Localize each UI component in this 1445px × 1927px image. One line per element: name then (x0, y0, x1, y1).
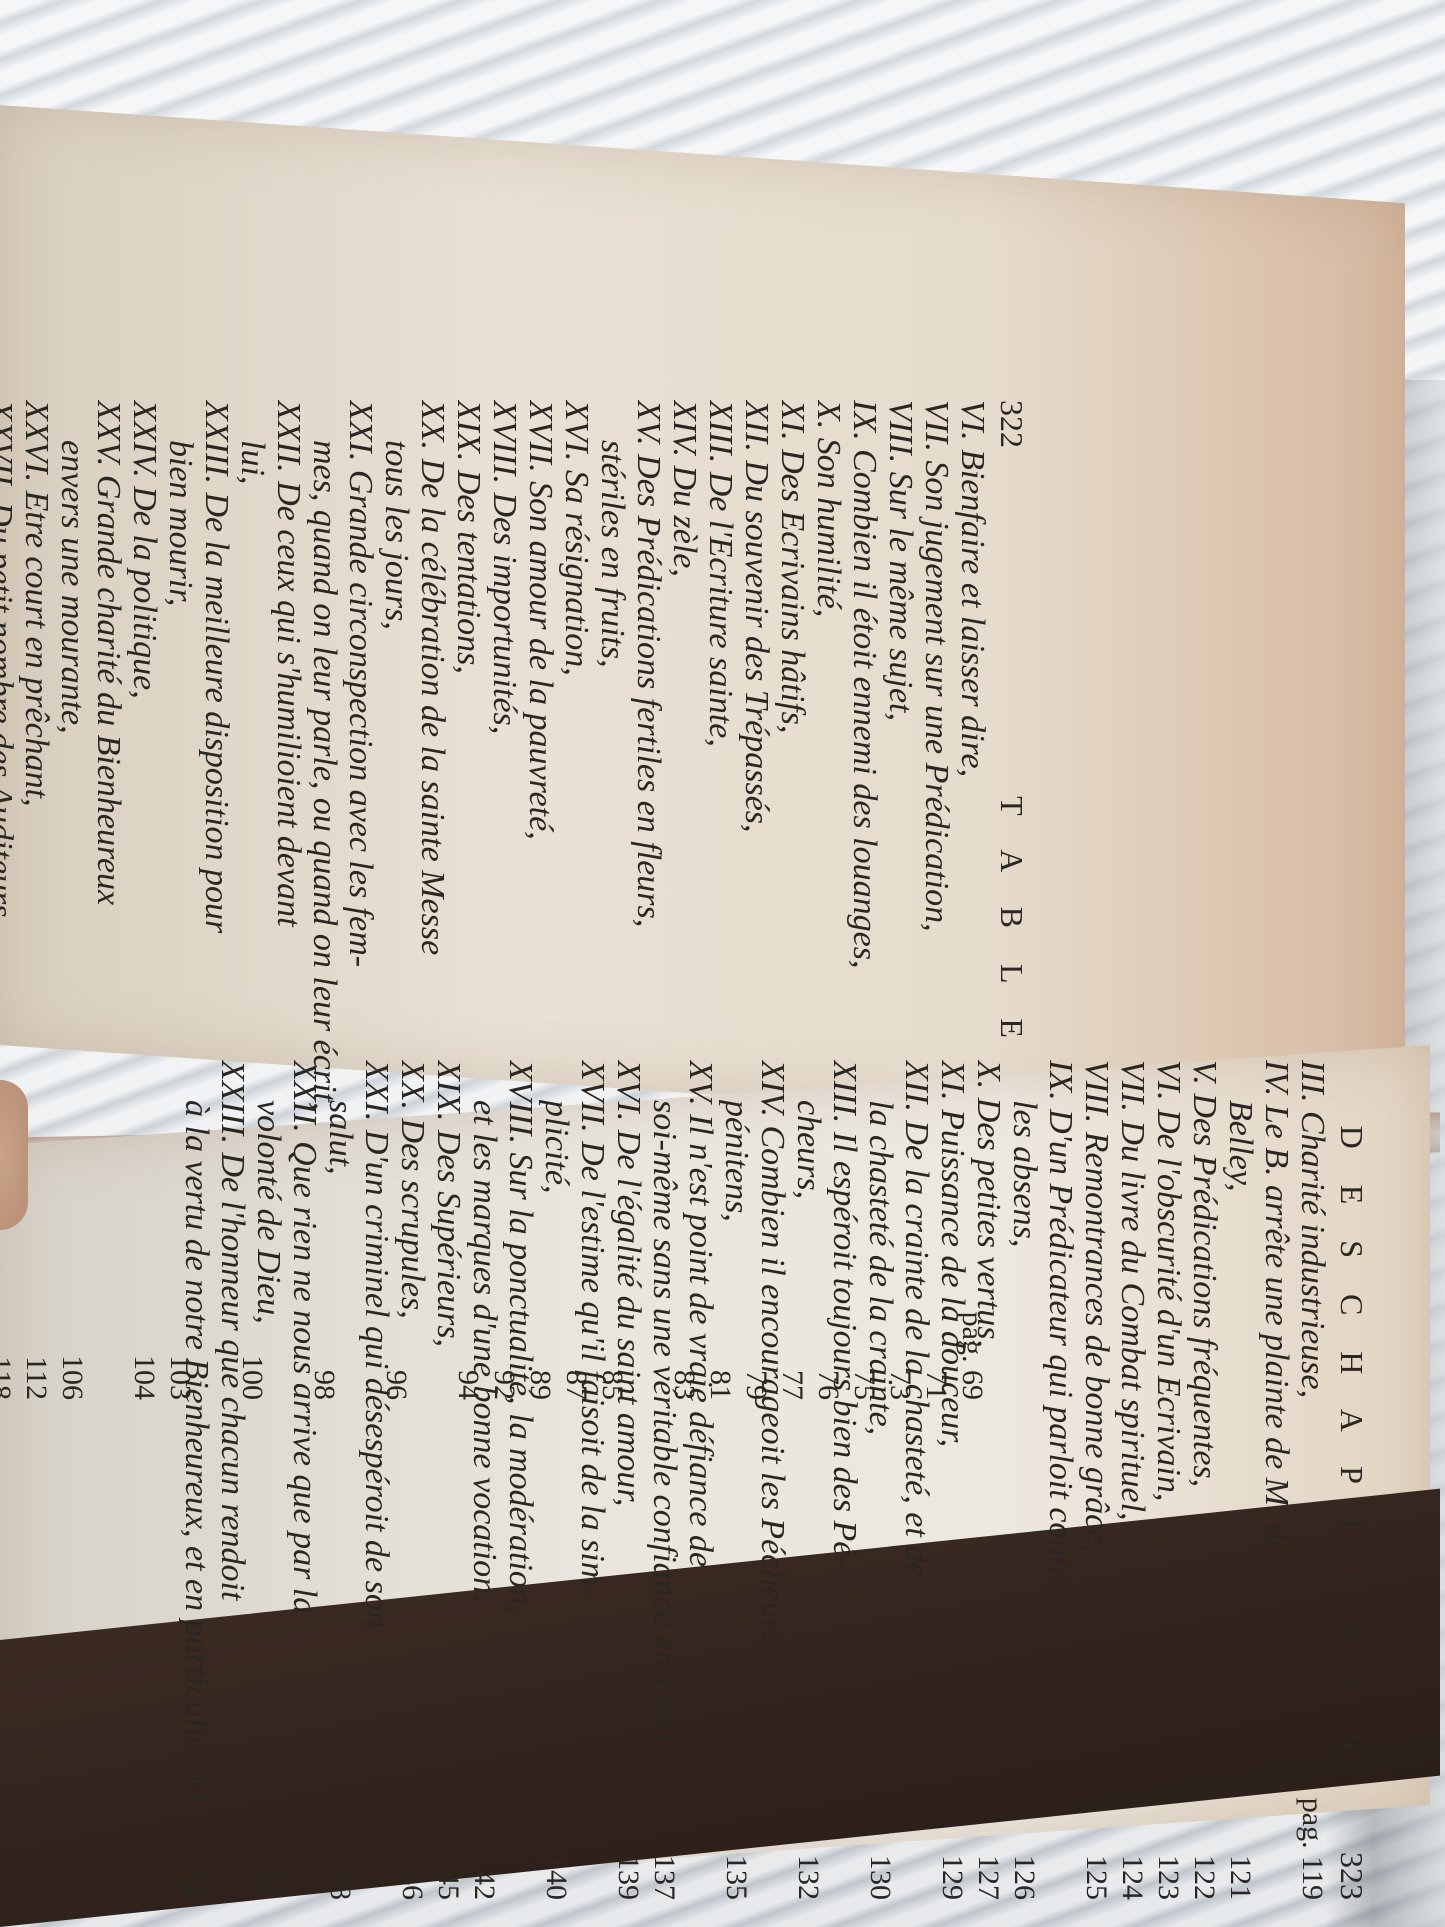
toc-entry-title: XVII. De l'estime qu'il faisoit de la si… (574, 1060, 610, 1900)
toc-entry: XIV. Combien il encourageoit les Pécheur… (754, 1060, 790, 1900)
toc-entry: XIII. Il espéroit toujours bien des Pé- (826, 1060, 862, 1900)
toc-entry-continuation-text: volonté de Dieu, (250, 1100, 286, 1830)
toc-entry-title: XIX. Des Supérieurs, (430, 1060, 466, 1830)
toc-entry-title: XVI. De l'égalité du saint amour, (610, 1060, 646, 1830)
toc-entry-continuation-text: envers une mourante, (54, 440, 90, 1330)
toc-entry-title: III. Charité industrieuse, (1294, 1060, 1330, 1788)
toc-page-number: 135 (718, 1830, 754, 1900)
toc-entry: XII. De la crainte de la chasteté, et de (898, 1060, 934, 1900)
toc-page-number: 145 (430, 1830, 466, 1900)
toc-page-number: 121 (1222, 1830, 1258, 1900)
toc-entry: XI. Puissance de la douceur,129 (934, 1060, 970, 1900)
toc-entry: VIII. Remontrances de bonne grâce,125 (1078, 1060, 1114, 1900)
toc-entry-title: VIII. Remontrances de bonne grâce, (1078, 1060, 1114, 1830)
toc-page-number: 142 (466, 1830, 502, 1900)
toc-page-number: 112 (18, 1330, 54, 1400)
toc-entry-title: IX. D'un Prédicateur qui parloit contre (1042, 1060, 1078, 1900)
right-toc-list: III. Charité industrieuse,pag. 119IV. Le… (178, 1060, 1330, 1900)
toc-page-number: pag. 119 (1294, 1788, 1330, 1900)
toc-page-number: 148 (322, 1830, 358, 1900)
toc-page-number: 129 (934, 1830, 970, 1900)
right-folio: 323 (1334, 1852, 1370, 1900)
right-head-title: D E S C H A P I T R E S. (1334, 1126, 1370, 1787)
toc-page-number: 127 (970, 1830, 1006, 1900)
toc-entry-title: VII. Du livre du Combat spirituel, (1114, 1060, 1150, 1830)
left-folio: 322 (994, 400, 1030, 448)
toc-entry: XXIII. De l'honneur que chacun rendoit (214, 1060, 250, 1900)
toc-entry-title: XVIII. Sur la ponctualité, la modération… (502, 1060, 538, 1900)
toc-entry-title: XI. Puissance de la douceur, (934, 1060, 970, 1830)
left-head-title: T A B L E (994, 796, 1030, 1052)
toc-page-number: 132 (790, 1830, 826, 1900)
toc-page-number: 152 (178, 1830, 214, 1900)
right-running-head: D E S C H A P I T R E S. 323 (1334, 1060, 1370, 1900)
toc-entry-title: IV. Le B. arrête une plainte de M. de (1258, 1060, 1294, 1900)
toc-page-number: 104 (126, 1330, 162, 1400)
toc-entry-continuation: plicité,140 (538, 1060, 574, 1900)
toc-entry-title: XX. Des scrupules, (394, 1060, 430, 1830)
toc-entry: XXVI. Etre court en prêchant,112 (18, 400, 54, 1400)
toc-entry-continuation: envers une mourante,106 (54, 400, 90, 1400)
toc-entry-continuation-text: les absens, (1006, 1100, 1042, 1830)
toc-entry-title: XXIII. De l'honneur que chacun rendoit (214, 1060, 250, 1900)
toc-entry: XVIII. Sur la ponctualité, la modération… (502, 1060, 538, 1900)
toc-entry-title: XIV. Combien il encourageoit les Pécheur… (754, 1060, 790, 1900)
toc-entry-continuation: soi-même sans une véritable confiance en… (646, 1060, 682, 1900)
toc-page-number: 118 (0, 1330, 18, 1400)
toc-entry: XXV. Grande charité du Bienheureux (90, 400, 126, 1400)
toc-page-number: 124 (1114, 1830, 1150, 1900)
toc-entry: XXII. Que rien ne nous arrive que par la (286, 1060, 322, 1900)
toc-entry: XXVII. Du petit nombre des Auditeurs,118 (0, 400, 18, 1400)
toc-entry-continuation: et les marques d'une bonne vocation,142 (466, 1060, 502, 1900)
toc-entry-continuation: la chasteté de la crainte,130 (862, 1060, 898, 1900)
toc-entry-title: XII. De la crainte de la chasteté, et de (898, 1060, 934, 1900)
toc-page-number: 122 (1186, 1830, 1222, 1900)
toc-entry-continuation-text: et les marques d'une bonne vocation, (466, 1100, 502, 1830)
toc-page-number: 139 (610, 1830, 646, 1900)
toc-entry: IV. Le B. arrête une plainte de M. de (1258, 1060, 1294, 1900)
toc-entry-continuation-text: salut, (322, 1100, 358, 1830)
toc-entry: XXI. D'un criminel qui désespéroit de so… (358, 1060, 394, 1900)
toc-page-number: 126 (1006, 1830, 1042, 1900)
toc-entry-title: VI. De l'obscurité d'un Ecrivain, (1150, 1060, 1186, 1830)
toc-entry-title: X. Des petites vertus, (970, 1060, 1006, 1830)
toc-page-number: 106 (54, 1330, 90, 1400)
toc-entry-continuation: Belley,121 (1222, 1060, 1258, 1900)
toc-entry: XV. Il n'est point de vraie défiance de (682, 1060, 718, 1900)
toc-entry-title: XXVII. Du petit nombre des Auditeurs, (0, 400, 18, 1330)
toc-entry-title: XXIV. De la politique, (126, 400, 162, 1330)
toc-entry: X. Des petites vertus,127 (970, 1060, 1006, 1900)
toc-entry: XIX. Des Supérieurs,145 (430, 1060, 466, 1900)
toc-entry-title: XXVI. Etre court en prêchant, (18, 400, 54, 1330)
toc-entry: V. Des Prédications fréquentes,122 (1186, 1060, 1222, 1900)
toc-entry-title: V. Des Prédications fréquentes, (1186, 1060, 1222, 1830)
toc-entry-continuation: volonté de Dieu,151 (250, 1060, 286, 1900)
toc-entry-title: XIII. Il espéroit toujours bien des Pé- (826, 1060, 862, 1900)
toc-entry-continuation: pénitens,135 (718, 1060, 754, 1900)
toc-entry-title: XXV. Grande charité du Bienheureux (90, 400, 126, 1400)
toc-entry: XVI. De l'égalité du saint amour,139 (610, 1060, 646, 1900)
toc-entry-title: XXI. D'un criminel qui désespéroit de so… (358, 1060, 394, 1900)
toc-page-number: 125 (1078, 1830, 1114, 1900)
toc-entry: III. Charité industrieuse,pag. 119 (1294, 1060, 1330, 1900)
toc-entry: XX. Des scrupules,146 (394, 1060, 430, 1900)
toc-page-number: 151 (250, 1830, 286, 1900)
toc-entry-continuation-text: soi-même sans une véritable confiance en… (646, 1100, 682, 1830)
toc-entry: IX. D'un Prédicateur qui parloit contre (1042, 1060, 1078, 1900)
toc-page-number: 123 (1150, 1830, 1186, 1900)
toc-entry-continuation-text: la chasteté de la crainte, (862, 1100, 898, 1830)
toc-entry-continuation-text: Belley, (1222, 1100, 1258, 1830)
toc-entry-continuation-text: plicité, (538, 1100, 574, 1830)
toc-entry: XXIV. De la politique,104 (126, 400, 162, 1400)
toc-entry: XVII. De l'estime qu'il faisoit de la si… (574, 1060, 610, 1900)
toc-entry-continuation-text: cheurs, (790, 1100, 826, 1830)
toc-entry-continuation: cheurs,132 (790, 1060, 826, 1900)
toc-page-number: 140 (538, 1830, 574, 1900)
toc-entry-continuation-text: pénitens, (718, 1100, 754, 1830)
toc-entry: VII. Du livre du Combat spirituel,124 (1114, 1060, 1150, 1900)
toc-entry-continuation-text: à la vertu de notre Bienheureux, et en p… (178, 1100, 214, 1830)
right-page-text: D E S C H A P I T R E S. 323 III. Charit… (178, 1060, 1370, 1900)
toc-entry-continuation: à la vertu de notre Bienheureux, et en p… (178, 1060, 214, 1900)
toc-page-number: 137 (646, 1830, 682, 1900)
toc-entry: VI. De l'obscurité d'un Ecrivain,123 (1150, 1060, 1186, 1900)
toc-entry-continuation: les absens,126 (1006, 1060, 1042, 1900)
toc-entry-continuation: salut,148 (322, 1060, 358, 1900)
toc-entry-title: XV. Il n'est point de vraie défiance de (682, 1060, 718, 1900)
toc-page-number: 146 (394, 1830, 430, 1900)
toc-entry-title: XXII. Que rien ne nous arrive que par la (286, 1060, 322, 1900)
toc-page-number: 130 (862, 1830, 898, 1900)
